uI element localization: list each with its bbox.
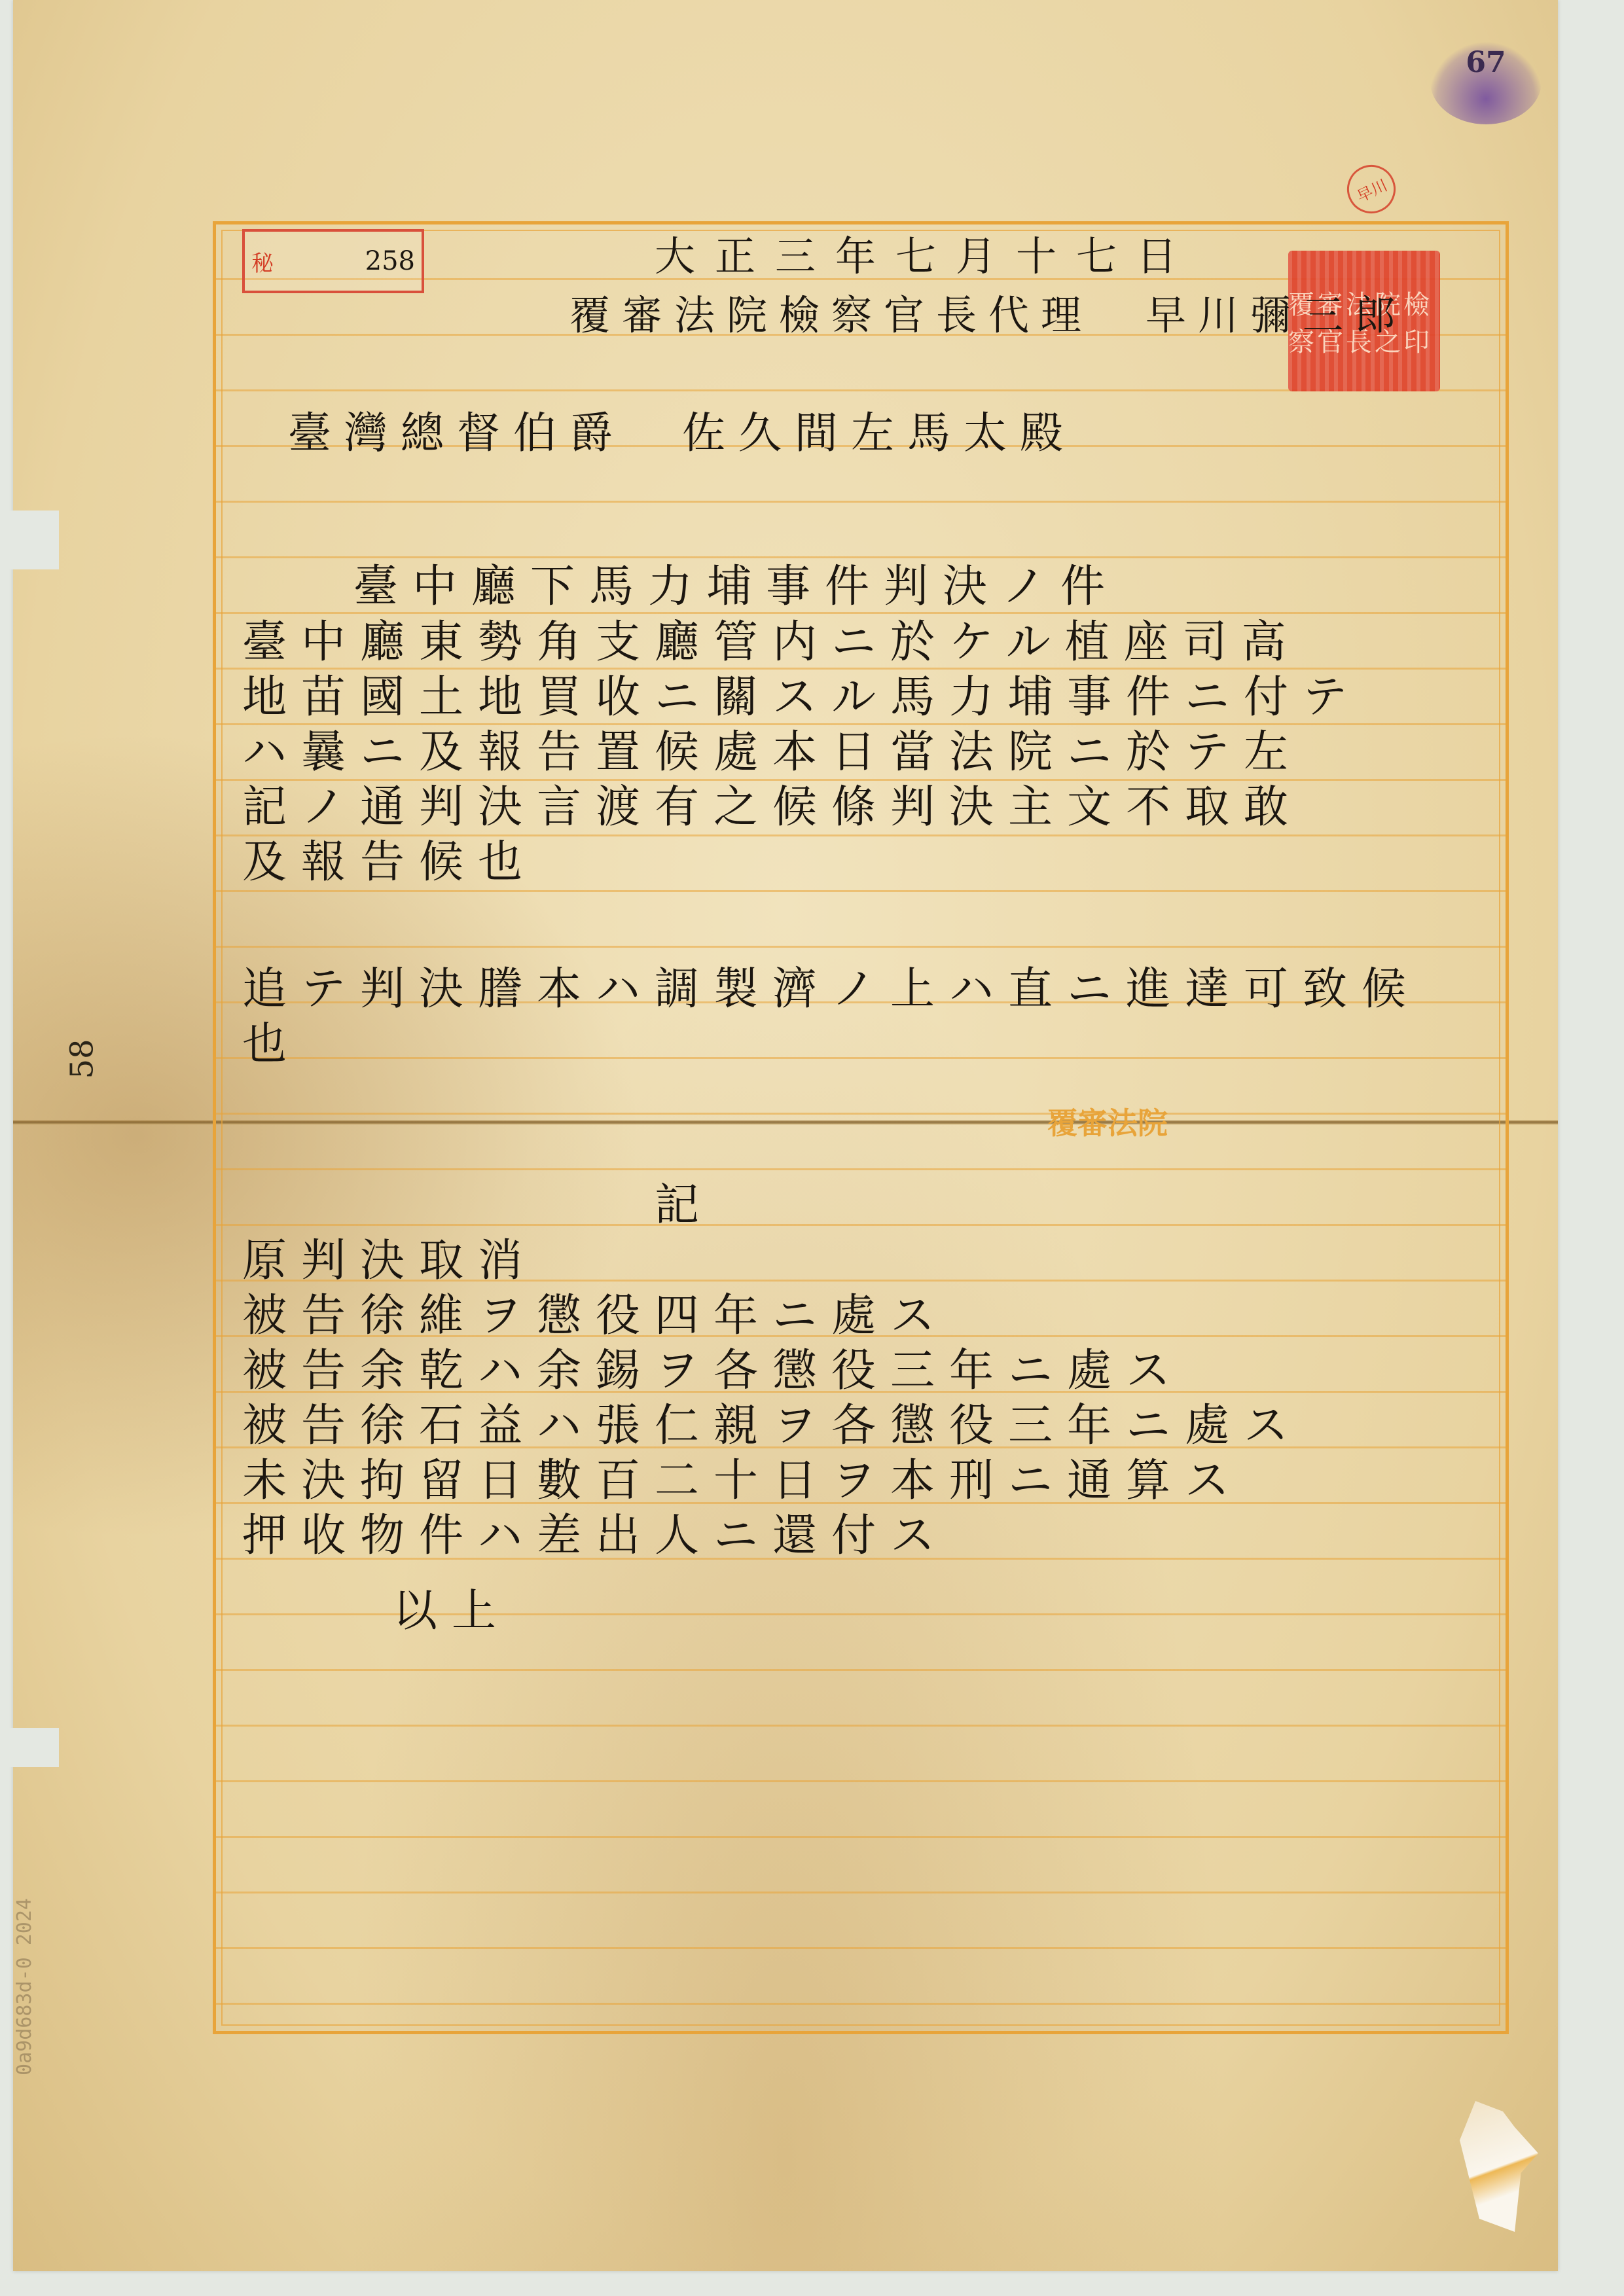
document-date: 大正三年七月十七日: [655, 229, 1197, 284]
judgment-line: 未決拘留日數百二十日ヲ本刑ニ通算ス: [242, 1454, 1303, 1509]
body-line: 地苗國土地買收ニ關スル馬力埔事件ニ付テ: [242, 670, 1362, 725]
body-line: 臺中廳東勢角支廳管内ニ於ケル植座司高: [242, 615, 1362, 670]
judgment-line: 被告余乾ハ余錫ヲ各懲役三年ニ處ス: [242, 1344, 1303, 1399]
addressee: 臺灣總督伯爵 佐久間左馬太殿: [288, 406, 1076, 461]
ruled-form-frame: [213, 221, 1509, 2034]
sender-signature: 覆審法院檢察官長代理 早川彌三郎: [569, 288, 1407, 343]
body-line: ハ曩ニ及報告置候處本日當法院ニ於テ左: [242, 725, 1362, 780]
judgment-line: 原判決取消: [242, 1234, 1303, 1289]
paper-tear: [0, 1728, 59, 1767]
printed-form-label: 覆審法院: [1047, 1100, 1168, 1143]
judgment-line: 被告徐維ヲ懲役四年ニ處ス: [242, 1289, 1303, 1344]
archive-watermark: 0a9d683d-0 2024: [13, 1898, 36, 2075]
judgment-line: 被告徐石益ハ張仁親ヲ各懲役三年ニ處ス: [242, 1399, 1303, 1454]
margin-page-number: 58: [64, 1039, 101, 1079]
body-line: 記ノ通判決言渡有之候條判決主文不取敢: [242, 780, 1362, 835]
judgment-line: 押收物件ハ差出人ニ還付ス: [242, 1509, 1303, 1564]
section-heading: 記: [655, 1178, 713, 1233]
purple-number-stamp: 67: [1430, 39, 1542, 124]
subject-line: 臺中廳下馬力埔事件判決ノ件: [353, 560, 1119, 615]
closing-mark: 以上: [393, 1584, 511, 1639]
confidential-stamp: 秘 258: [242, 229, 424, 293]
postscript-note: 追テ判決謄本ハ調製濟ノ上ハ直ニ進達可致候 也: [242, 962, 1420, 1072]
paper-tear: [0, 511, 59, 569]
body-line: 及報告候也: [242, 835, 1362, 890]
body-text: 臺中廳東勢角支廳管内ニ於ケル植座司高 地苗國土地買收ニ關スル馬力埔事件ニ付テ ハ…: [242, 615, 1362, 890]
judgment-text: 原判決取消 被告徐維ヲ懲役四年ニ處ス 被告余乾ハ余錫ヲ各懲役三年ニ處ス 被告徐石…: [242, 1234, 1303, 1564]
